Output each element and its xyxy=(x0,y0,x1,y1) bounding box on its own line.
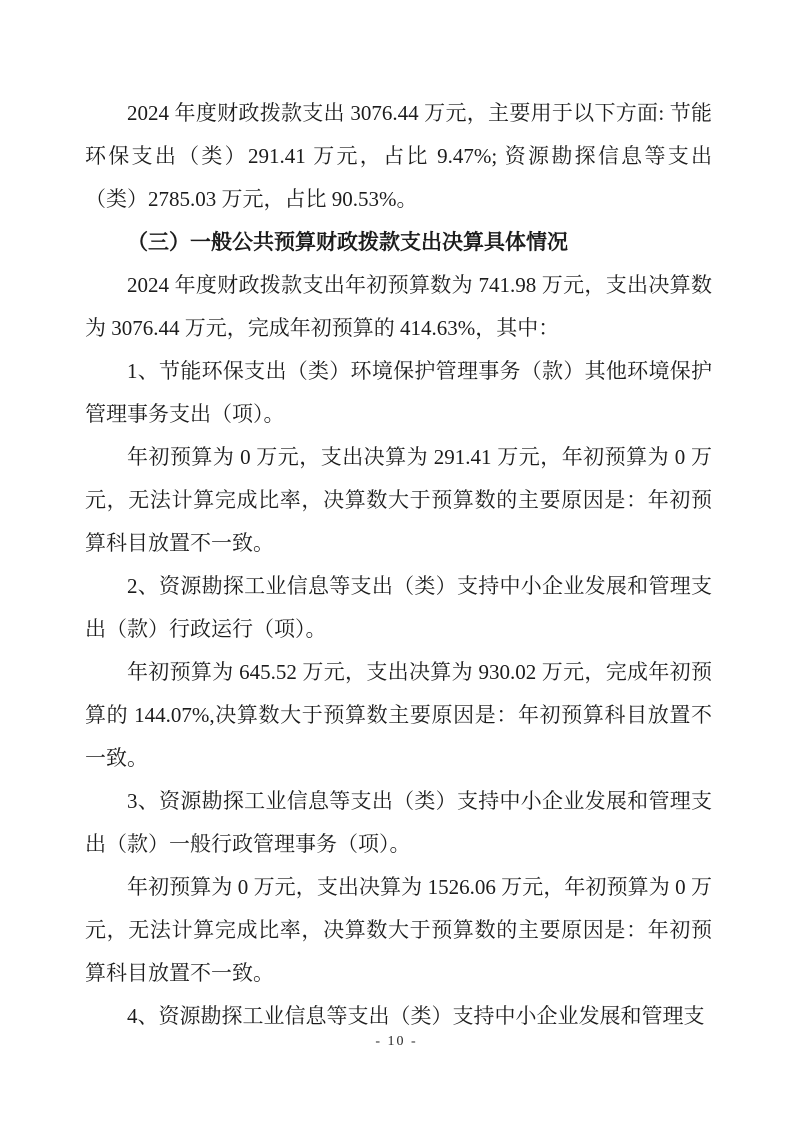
paragraph-budget-vs-final: 2024 年度财政拨款支出年初预算数为 741.98 万元，支出决算数为 307… xyxy=(85,264,712,350)
paragraph-item-1-detail: 年初预算为 0 万元，支出决算为 291.41 万元，年初预算为 0 万元，无法… xyxy=(85,436,712,565)
paragraph-item-2-title: 2、资源勘探工业信息等支出（类）支持中小企业发展和管理支出（款）行政运行（项）。 xyxy=(85,565,712,651)
paragraph-item-3-detail: 年初预算为 0 万元，支出决算为 1526.06 万元，年初预算为 0 万元，无… xyxy=(85,866,712,995)
paragraph-item-4-title-partial: 4、资源勘探工业信息等支出（类）支持中小企业发展和管理支 xyxy=(85,995,712,1038)
page-number: - 10 - xyxy=(0,1034,793,1050)
paragraph-item-1-title: 1、节能环保支出（类）环境保护管理事务（款）其他环境保护管理事务支出（项）。 xyxy=(85,350,712,436)
document-page: 2024 年度财政拨款支出 3076.44 万元，主要用于以下方面: 节能环保支… xyxy=(0,0,793,1122)
section-heading-three: （三）一般公共预算财政拨款支出决算具体情况 xyxy=(85,221,712,264)
paragraph-fiscal-expenditure-summary: 2024 年度财政拨款支出 3076.44 万元，主要用于以下方面: 节能环保支… xyxy=(85,92,712,221)
paragraph-item-3-title: 3、资源勘探工业信息等支出（类）支持中小企业发展和管理支出（款）一般行政管理事务… xyxy=(85,780,712,866)
document-body: 2024 年度财政拨款支出 3076.44 万元，主要用于以下方面: 节能环保支… xyxy=(85,92,712,1038)
paragraph-item-2-detail: 年初预算为 645.52 万元，支出决算为 930.02 万元，完成年初预算的 … xyxy=(85,651,712,780)
